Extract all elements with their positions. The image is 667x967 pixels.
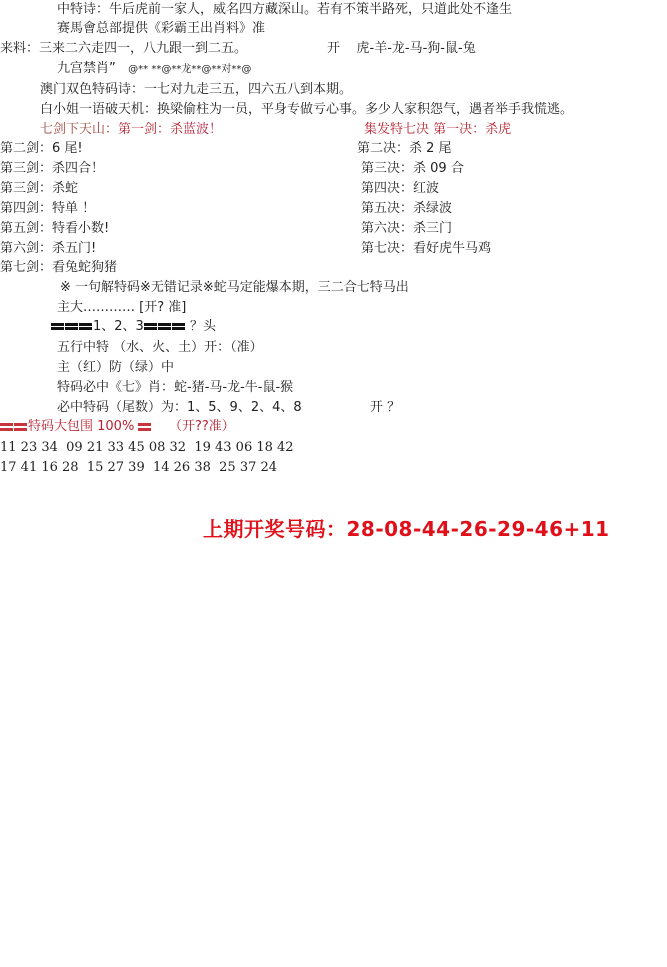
tip-value: 看好虎牛马鸡 bbox=[413, 241, 491, 256]
macau-poem: 澳门双色特码诗：一七对九走三五，四六五八到本期。 bbox=[40, 81, 352, 99]
last-result: 上期开奖号码：28-08-44-26-29-46+11 bbox=[203, 513, 610, 542]
first-sword-value: 蓝波！ bbox=[183, 122, 222, 137]
laiiao-label: 来料： bbox=[0, 41, 39, 56]
red-bar-icon bbox=[14, 423, 27, 431]
bar-icon bbox=[172, 323, 185, 330]
provider-line: 赛馬會总部提供《彩霸王出肖料》准 bbox=[57, 20, 265, 38]
jiugong-line: 九宫禁肖” @** **@**龙**@**对**@ bbox=[57, 60, 251, 78]
bar-icon bbox=[65, 323, 78, 330]
five-elements-hint: 五行中特 （水、火、土）开：（准） bbox=[57, 339, 263, 357]
sword-label: 第四剑： bbox=[0, 201, 52, 216]
tip-item: 第七决：看好虎牛马鸡 bbox=[361, 240, 491, 258]
tip-label: 第七决： bbox=[361, 241, 413, 256]
sword-value: 杀五门! bbox=[52, 241, 96, 256]
last-result-label: 上期开奖号码： bbox=[203, 517, 347, 541]
main-big-hint: 主大………… [开? 准] bbox=[57, 299, 186, 317]
seven-swords-title: 七剑下天山：第一剑：杀蓝波！ bbox=[40, 121, 222, 139]
first-sword-label: 第一剑：杀 bbox=[118, 122, 183, 137]
red-bar-icon bbox=[138, 423, 151, 431]
head-suffix: ？头 bbox=[190, 319, 216, 334]
tail-numbers-hint: 必中特码（尾数）为：1、5、9、2、4、8 bbox=[57, 399, 302, 417]
bar-icon bbox=[158, 323, 171, 330]
sword-item: 第七剑：看兔蛇狗猪 bbox=[0, 259, 117, 277]
sword-label: 第五剑： bbox=[0, 221, 52, 236]
sword-label: 第六剑： bbox=[0, 241, 52, 256]
package-title: 特码大包围 100% bbox=[28, 419, 134, 434]
bar-icon bbox=[144, 323, 157, 330]
sword-value: 特看小数! bbox=[52, 221, 109, 236]
jiugong-code: @** **@**龙**@**对**@ bbox=[128, 64, 251, 75]
sword-item: 第五剑：特看小数! bbox=[0, 220, 109, 238]
package-status: （开??准） bbox=[169, 419, 235, 434]
red-bar-icon bbox=[0, 423, 13, 431]
tip-label: 第二决： bbox=[357, 141, 409, 156]
sword-value: 杀蛇 bbox=[52, 181, 78, 196]
package-numbers-row-1: 11 23 34 09 21 33 45 08 32 19 43 06 18 4… bbox=[0, 439, 294, 457]
open-label: 开 bbox=[327, 41, 340, 56]
tip-item: 第二决：杀 2 尾 bbox=[357, 140, 452, 158]
tip-label: 第六决： bbox=[361, 221, 413, 236]
tip-label: 第五决： bbox=[361, 201, 413, 216]
sword-label: 第二剑： bbox=[0, 141, 52, 156]
sword-item: 第三剑：杀蛇 bbox=[0, 180, 78, 198]
sword-value: 特单 ！ bbox=[52, 201, 95, 216]
one-sentence-hint: ※ 一句解特码※无错记录※蛇马定能爆本期，三二合七特马出 bbox=[60, 279, 409, 297]
head-numbers: 1、2、3 bbox=[93, 319, 144, 334]
tail-open: 开 ？ bbox=[370, 399, 400, 417]
sword-value: 6 尾! bbox=[52, 141, 83, 156]
tip-item: 第四决：红波 bbox=[361, 180, 439, 198]
bar-icon bbox=[79, 323, 92, 330]
laiiao-text: 三来二六走四一，八九跟一到二五。 bbox=[39, 41, 247, 56]
seven-zodiac-hint: 特码必中《七》肖：蛇-猪-马-龙-牛-鼠-猴 bbox=[57, 379, 293, 397]
seven-swords-prefix: 七剑下天山： bbox=[40, 122, 118, 137]
zhongte-poem: 中特诗：牛后虎前一家人，威名四方藏深山。若有不策半路死，只道此处不逢生 bbox=[57, 1, 512, 19]
tip-value: 杀绿波 bbox=[413, 201, 452, 216]
bar-icon bbox=[51, 323, 64, 330]
open-zodiacs-line: 开 虎-羊-龙-马-狗-鼠-兔 bbox=[327, 40, 476, 58]
sword-item: 第三剑：杀四合！ bbox=[0, 160, 104, 178]
tip-item: 第三决：杀 09 合 bbox=[361, 160, 464, 178]
sword-item: 第四剑：特单 ！ bbox=[0, 200, 95, 218]
head-numbers-line: 1、2、3 ？头 bbox=[51, 318, 216, 336]
sword-item: 第六剑：杀五门! bbox=[0, 240, 96, 258]
sword-value: 杀四合！ bbox=[52, 161, 104, 176]
sword-label: 第七剑： bbox=[0, 260, 52, 275]
main-color-hint: 主（红）防（绿）中 bbox=[57, 359, 174, 377]
miss-bai-line: 白小姐一语破天机：换梁偷柱为一员，平身专做亏心事。多少人家积怨气，遇者举手我慌逃… bbox=[40, 101, 573, 119]
sword-label: 第三剑： bbox=[0, 181, 52, 196]
tip-value: 杀三门 bbox=[413, 221, 452, 236]
last-result-numbers: 28-08-44-26-29-46+11 bbox=[347, 517, 610, 541]
jiugong-label: 九宫禁肖” bbox=[57, 61, 116, 76]
tip-item: 第六决：杀三门 bbox=[361, 220, 452, 238]
tip-value: 杀 09 合 bbox=[413, 161, 464, 176]
package-numbers-row-2: 17 41 16 28 15 27 39 14 26 38 25 37 24 bbox=[0, 459, 277, 477]
tip-value: 红波 bbox=[413, 181, 439, 196]
tail-numbers: 必中特码（尾数）为：1、5、9、2、4、8 bbox=[57, 400, 302, 415]
tip-label: 第三决： bbox=[361, 161, 413, 176]
seven-tips-title: 集发特七决 第一决：杀虎 bbox=[364, 121, 511, 139]
open-zodiacs: 虎-羊-龙-马-狗-鼠-兔 bbox=[357, 41, 476, 56]
tip-value: 杀 2 尾 bbox=[409, 141, 452, 156]
tip-label: 第四决： bbox=[361, 181, 413, 196]
sword-value: 看兔蛇狗猪 bbox=[52, 260, 117, 275]
sword-item: 第二剑：6 尾! bbox=[0, 140, 83, 158]
laiiao-line: 来料：三来二六走四一，八九跟一到二五。 bbox=[0, 40, 247, 58]
tip-item: 第五决：杀绿波 bbox=[361, 200, 452, 218]
package-title-line: 特码大包围 100% （开??准） bbox=[0, 418, 235, 436]
sword-label: 第三剑： bbox=[0, 161, 52, 176]
